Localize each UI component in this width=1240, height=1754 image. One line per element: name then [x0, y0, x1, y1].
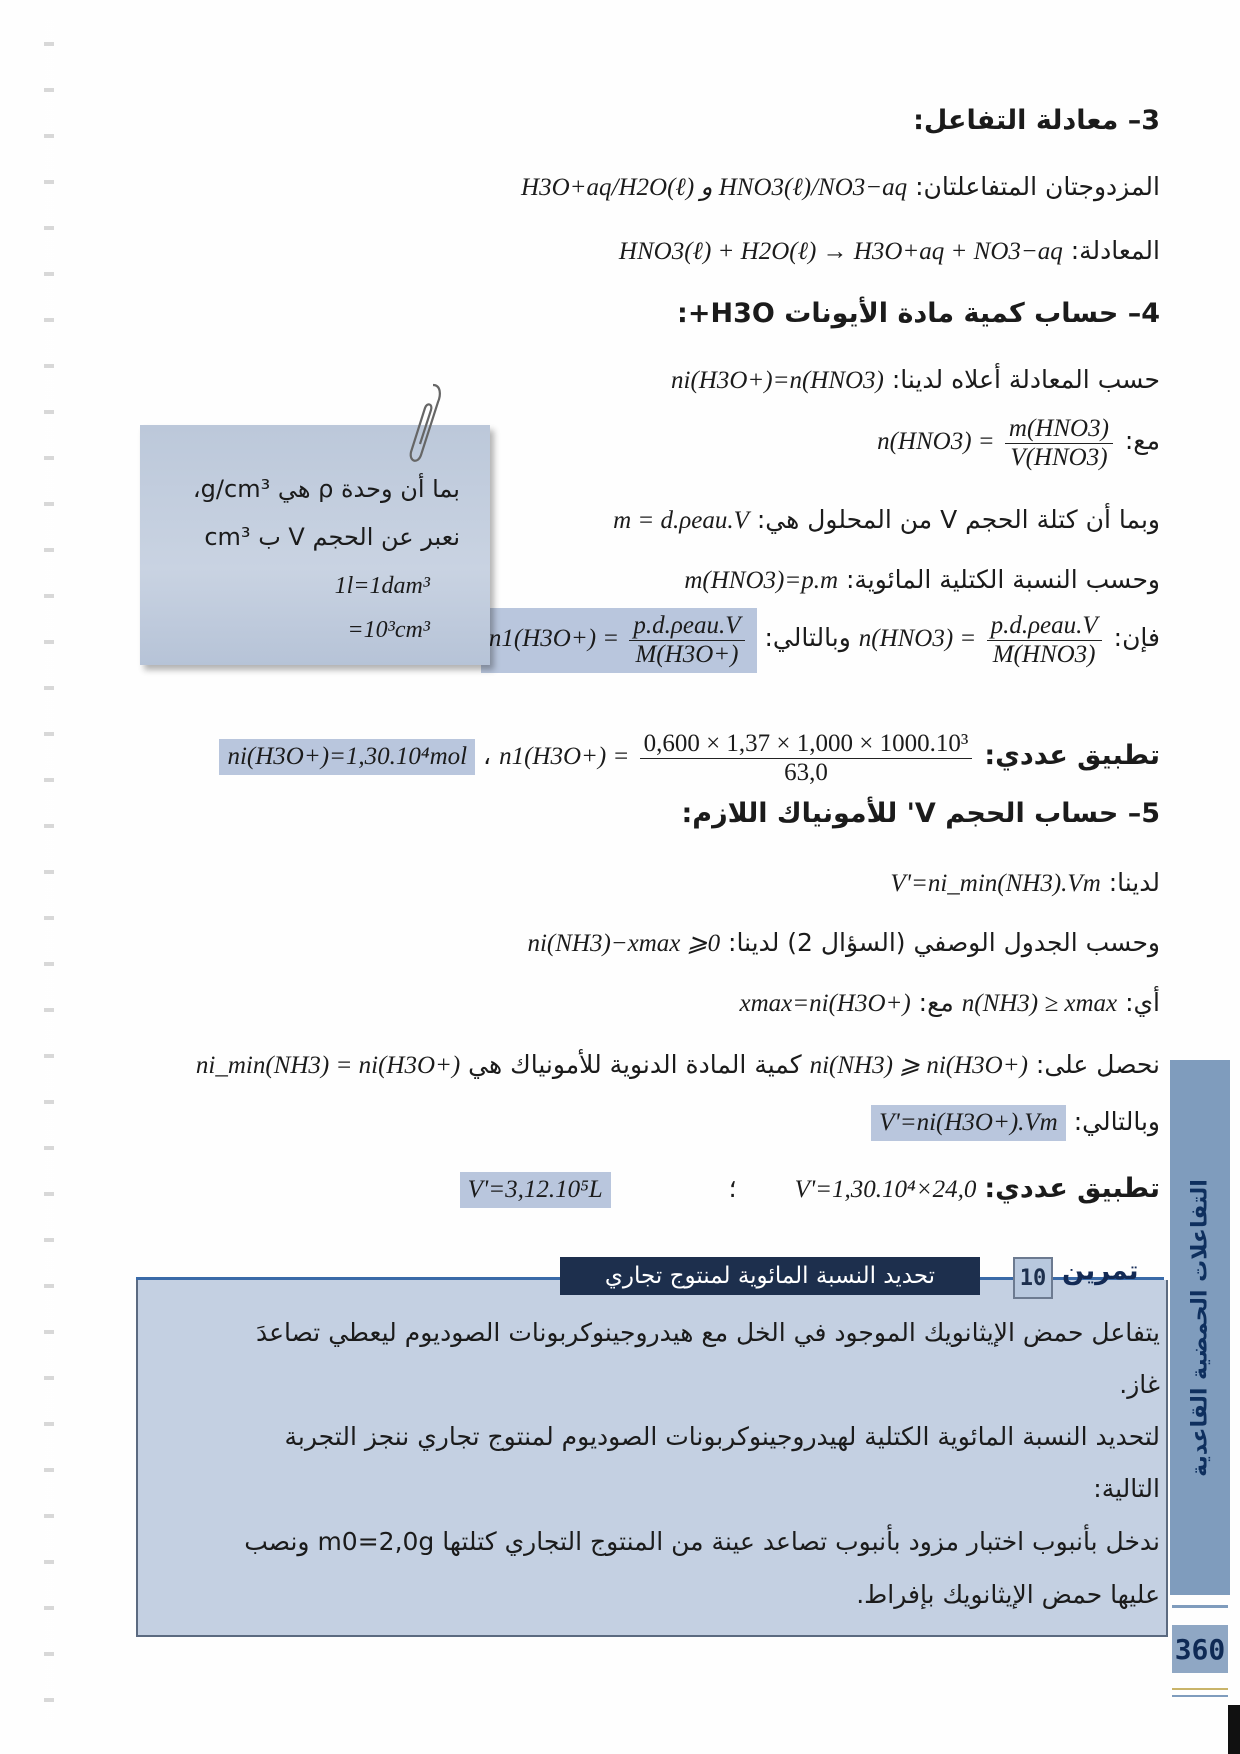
- line4-mid: كمية المادة الدنوية للأمونياك هي: [468, 1050, 801, 1079]
- line2-lhs: n(HNO3) =: [877, 428, 995, 455]
- section4-line3: وبما أن كتلة الحجم V من المحلول هي: m = …: [613, 505, 1160, 535]
- exercise-line: يتفاعل حمض الإيثانويك الموجود في الخل مع…: [256, 1318, 1160, 1347]
- line1-label: لدينا:: [1109, 868, 1160, 897]
- chapter-title: التفاعلات الحمضية القاعدية: [1188, 1179, 1213, 1477]
- numeric-label: تطبيق عددي:: [984, 740, 1160, 771]
- section4-line4: وحسب النسبة الكتلية المائوية: m(HNO3)=p.…: [684, 565, 1160, 595]
- line3-formula: m = d.ρeau.V: [613, 507, 749, 535]
- section5-line4: نحصل على: ni(NH3) ⩾ ni(H3O+) كمية المادة…: [196, 1050, 1160, 1080]
- denominator: 63,0: [780, 759, 832, 787]
- numeric-lhs: n1(H3O+) =: [499, 743, 629, 770]
- line4-label: نحصل على:: [1036, 1050, 1160, 1079]
- line3-label: أي:: [1125, 988, 1160, 1017]
- note-line2: نعبر عن الحجم V ب cm³: [204, 523, 460, 551]
- exercise-line: لتحديد النسبة المائوية الكتلية لهيدروجين…: [284, 1422, 1160, 1451]
- exercise-line: التالية:: [1093, 1474, 1160, 1503]
- section5-line2: وحسب الجدول الوصفي (السؤال 2) لدينا: ni(…: [527, 928, 1160, 958]
- page-number: 360: [1172, 1625, 1228, 1673]
- note-line4: =10³cm³: [347, 617, 430, 644]
- divider: [1172, 1688, 1228, 1690]
- line4-label: وحسب النسبة الكتلية المائوية:: [846, 565, 1160, 594]
- equation-label: المعادلة:: [1071, 236, 1160, 265]
- line3-formula2: xmax=ni(H3O+): [740, 990, 911, 1018]
- denominator: V(HNO3): [1006, 444, 1111, 472]
- line2-label: مع:: [1125, 426, 1160, 455]
- line5-label: فإن:: [1114, 623, 1160, 652]
- line4-formula2: ni_min(NH3) = ni(H3O+): [196, 1052, 460, 1080]
- section5-line5: وبالتالي: V'=ni(H3O+).Vm: [871, 1105, 1160, 1141]
- note-line3: 1l=1dam³: [335, 573, 430, 600]
- fraction: p.d.ρeau.VM(HNO3): [987, 612, 1102, 669]
- fraction: 0,600 × 1,37 × 1,000 × 1000.10³63,0: [640, 730, 973, 787]
- line2-formula: ni(NH3)−xmax ⩾0: [527, 928, 720, 958]
- denominator: M(H3O+): [631, 641, 742, 669]
- highlighted-result: V'=3,12.10⁵L: [460, 1172, 611, 1208]
- section3-couples: المزدوجتان المتفاعلتان: H3O+aq/H2O(ℓ) و …: [521, 172, 1160, 202]
- divider: [1172, 1605, 1228, 1608]
- highlighted-result: ni(H3O+)=1,30.10⁴mol: [219, 739, 475, 775]
- line2-label: وحسب الجدول الوصفي (السؤال 2) لدينا:: [728, 928, 1160, 957]
- line3-label: وبما أن كتلة الحجم V من المحلول هي:: [757, 505, 1160, 534]
- numeric-application-1: تطبيق عددي: n1(H3O+) = 0,600 × 1,37 × 1,…: [219, 730, 1160, 787]
- section3-equation: المعادلة: HNO3(ℓ) + H2O(ℓ) → H3O+aq + NO…: [619, 236, 1160, 266]
- numerator: m(HNO3): [1005, 415, 1113, 444]
- exercise-label: تمرين: [1062, 1256, 1139, 1286]
- denominator: M(HNO3): [989, 641, 1100, 669]
- section4-line5: فإن: n(HNO3) = p.d.ρeau.VM(HNO3) وبالتال…: [481, 608, 1160, 673]
- section4-line2: مع: n(HNO3) = m(HNO3)V(HNO3): [877, 415, 1160, 472]
- line5-lhs: n(HNO3) =: [859, 625, 977, 652]
- couples-label: المزدوجتان المتفاعلتان:: [915, 172, 1160, 201]
- section5-heading: 5– حساب الحجم V' للأمونياك اللازم:: [681, 798, 1160, 829]
- exercise-line: غاز.: [1119, 1370, 1160, 1399]
- line4-formula: m(HNO3)=p.m: [684, 567, 838, 595]
- line4-formula1: ni(NH3) ⩾ ni(H3O+): [810, 1050, 1028, 1080]
- binding-edge: [44, 20, 54, 1720]
- equation-formula: HNO3(ℓ) + H2O(ℓ) → H3O+aq + NO3−aq: [619, 238, 1063, 266]
- numerator: p.d.ρeau.V: [629, 612, 744, 641]
- numerator: p.d.ρeau.V: [987, 612, 1102, 641]
- section4-line1: حسب المعادلة أعلاه لدينا: ni(H3O+)=n(HNO…: [671, 365, 1160, 395]
- line1-formula: ni(H3O+)=n(HNO3): [671, 367, 884, 395]
- chapter-side-tab: التفاعلات الحمضية القاعدية: [1170, 1060, 1230, 1595]
- section5-line1: لدينا: V'=ni_min(NH3).Vm: [890, 868, 1160, 898]
- separator: ،: [483, 741, 491, 770]
- numeric-formula: V'=1,30.10⁴×24,0: [795, 1176, 977, 1204]
- exercise-line: عليها حمض الإيثانويك بإفراط.: [856, 1580, 1160, 1609]
- line5-label: وبالتالي:: [1074, 1107, 1160, 1136]
- section3-heading: 3– معادلة التفاعل:: [913, 105, 1160, 136]
- scan-edge-mark: [1228, 1705, 1240, 1754]
- line1-label: حسب المعادلة أعلاه لدينا:: [892, 365, 1160, 394]
- result-lhs: n1(H3O+) =: [489, 625, 619, 652]
- exercise-number-badge: 10: [1013, 1257, 1053, 1299]
- paperclip-icon: [405, 380, 445, 470]
- numeric-formula: n1(H3O+) = 0,600 × 1,37 × 1,000 × 1000.1…: [499, 730, 976, 787]
- section5-numeric: تطبيق عددي: V'=1,30.10⁴×24,0 ؛ V'=3,12.1…: [460, 1172, 1160, 1208]
- section4-heading: 4– حساب كمية مادة الأيونات H3O+:: [677, 298, 1160, 329]
- line3-formula1: n(NH3) ≥ xmax: [962, 990, 1117, 1018]
- exercise-line: ندخل بأنبوب اختبار مزود بأنبوب تصاعد عين…: [244, 1527, 1160, 1556]
- highlighted-result: V'=ni(H3O+).Vm: [871, 1105, 1066, 1141]
- line3-mid: مع:: [919, 988, 954, 1017]
- separator: ؛: [729, 1174, 737, 1203]
- numerator: 0,600 × 1,37 × 1,000 × 1000.10³: [640, 730, 973, 759]
- note-line1: بما أن وحدة ρ هي g/cm³،: [193, 475, 460, 503]
- numeric-label: تطبيق عددي:: [984, 1173, 1160, 1204]
- exercise-title: تحديد النسبة المائوية لمنتوج تجاري: [560, 1257, 980, 1295]
- fraction: m(HNO3)V(HNO3): [1005, 415, 1113, 472]
- highlighted-result: n1(H3O+) = p.d.ρeau.VM(H3O+): [481, 608, 757, 673]
- couples-formula: H3O+aq/H2O(ℓ) و HNO3(ℓ)/NO3−aq: [521, 172, 907, 202]
- line5-mid: وبالتالي:: [764, 623, 850, 652]
- section5-line3: أي: n(NH3) ≥ xmax مع: xmax=ni(H3O+): [740, 988, 1160, 1018]
- line5-formula: n(HNO3) = p.d.ρeau.VM(HNO3): [859, 612, 1106, 669]
- line2-formula: n(HNO3) = m(HNO3)V(HNO3): [877, 415, 1117, 472]
- divider: [1172, 1695, 1228, 1697]
- line1-formula: V'=ni_min(NH3).Vm: [890, 870, 1100, 898]
- fraction: p.d.ρeau.VM(H3O+): [629, 612, 744, 669]
